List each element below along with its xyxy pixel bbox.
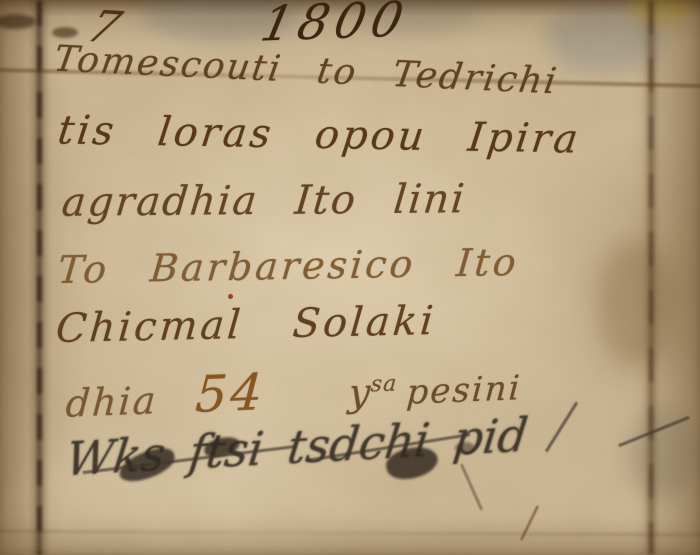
ink-blot	[0, 14, 36, 29]
manuscript-line-5: Chicmal Solaki	[54, 298, 438, 352]
brown-smudge-stain	[598, 238, 674, 368]
pen-stroke	[618, 416, 690, 447]
grey-smudge-stain	[628, 408, 698, 498]
manuscript-line-3: agradhia Ito lini	[60, 176, 468, 226]
amount-prefix-word: dhia	[64, 378, 158, 426]
amount-unit-abbreviation: ysa	[347, 369, 398, 415]
fold-crease-left	[28, 0, 50, 555]
pen-stroke	[460, 464, 483, 511]
yellow-stain	[628, 0, 692, 26]
amount-suffix-word: pesini	[405, 368, 523, 413]
amount-number: 54	[194, 363, 267, 424]
amount-unit-superscript: sa	[370, 371, 398, 397]
ink-blot	[52, 27, 78, 38]
manuscript-line-2: tis loras opou Ipira	[55, 107, 583, 162]
red-ink-speck	[228, 294, 233, 299]
manuscript-line-4: To Barbaresico Ito	[56, 240, 521, 292]
fold-crease-right	[642, 0, 660, 555]
year-heading: 1800	[256, 0, 414, 53]
horizontal-crease-bottom	[0, 529, 700, 537]
amount-unit-base: y	[347, 370, 371, 415]
blue-grey-stain	[545, 4, 665, 72]
manuscript-page: 7 1800 Tomescouti to Tedrichi tis loras …	[0, 0, 700, 555]
stray-pen-mark	[520, 505, 539, 540]
pen-stroke	[545, 402, 578, 453]
